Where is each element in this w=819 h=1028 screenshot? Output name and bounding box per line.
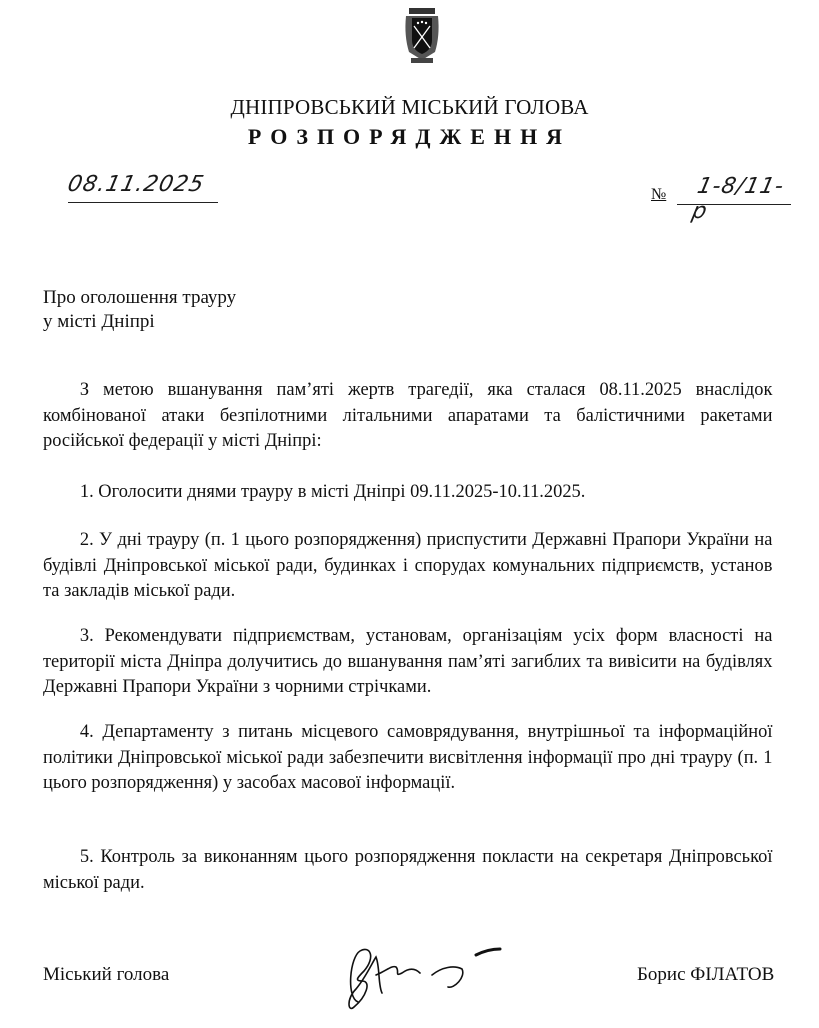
document-type: РОЗПОРЯДЖЕННЯ <box>0 124 819 150</box>
document-number-field: 1-8/11-р <box>677 178 791 205</box>
order-item-5: 5. Контроль за виконанням цього розпоряд… <box>43 844 772 895</box>
issuer-title: ДНІПРОВСЬКИЙ МІСЬКИЙ ГОЛОВА <box>0 95 819 120</box>
order-item-2: 2. У дні трауру (п. 1 цього розпорядженн… <box>43 527 772 604</box>
order-item-1: 1. Оголосити днями трауру в місті Дніпрі… <box>43 479 772 505</box>
document-date-field: 08.11.2025 <box>68 172 218 203</box>
number-sign: № <box>651 186 666 204</box>
coat-of-arms-icon <box>403 6 441 66</box>
document-subject: Про оголошення трауру у місті Дніпрі <box>43 286 236 334</box>
preamble-paragraph: З метою вшанування пам’яті жертв трагеді… <box>43 377 772 454</box>
subject-line-1: Про оголошення трауру <box>43 286 236 310</box>
order-item-3: 3. Рекомендувати підприємствам, установа… <box>43 623 772 700</box>
document-date: 08.11.2025 <box>65 172 206 197</box>
document-number: 1-8/11-р <box>690 174 797 224</box>
handwritten-signature-icon <box>336 937 536 1017</box>
signatory-title: Міський голова <box>43 964 169 986</box>
document-number-block: № 1-8/11-р <box>651 178 791 208</box>
subject-line-2: у місті Дніпрі <box>43 310 236 334</box>
signatory-name: Борис ФІЛАТОВ <box>637 964 774 986</box>
order-item-4: 4. Департаменту з питань місцевого самов… <box>43 719 772 796</box>
